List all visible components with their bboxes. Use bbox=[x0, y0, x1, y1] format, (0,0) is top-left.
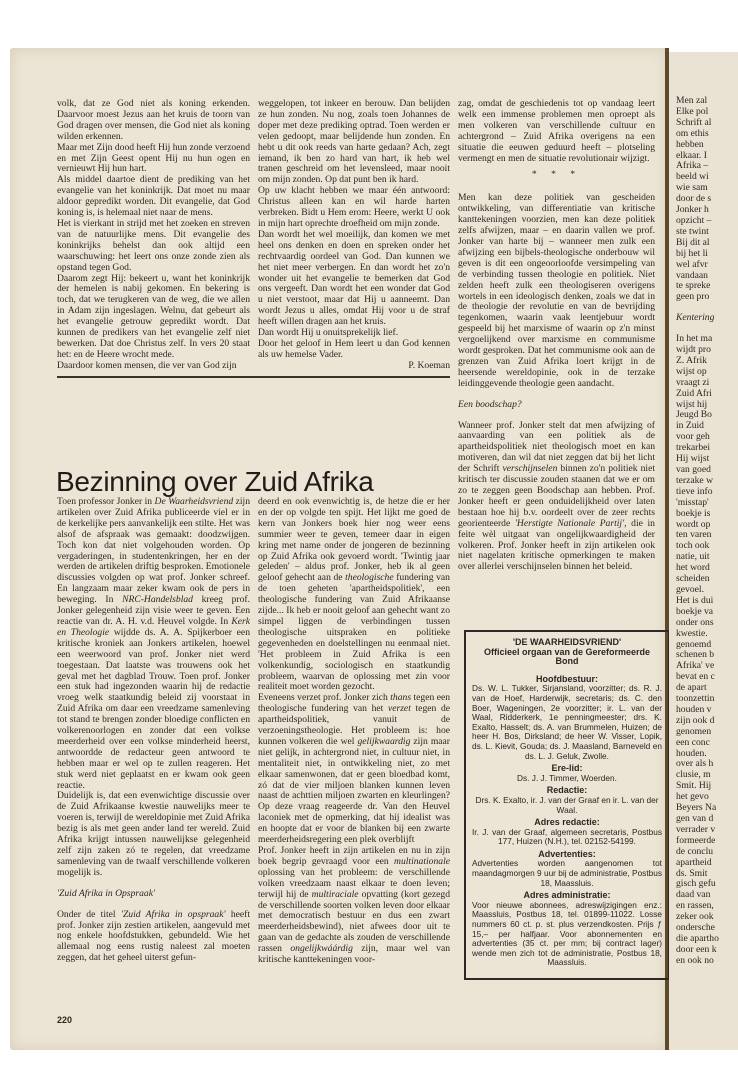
next-page-fragment: Men zalElke polSchrift alom ethishebbene… bbox=[669, 52, 738, 1050]
paragraph: Als middel daartoe dient de prediking va… bbox=[57, 175, 250, 219]
text-line: geen pro bbox=[676, 292, 738, 303]
subheading: Een boodschap? bbox=[458, 400, 655, 411]
paragraph: Het is vierkant in strijd met het zoeken… bbox=[57, 219, 250, 274]
paragraph: Dan wordt het wel moeilijk, dan komen we… bbox=[258, 230, 450, 328]
paragraph: Duidelijk is, dat een evenwichtige discu… bbox=[57, 791, 250, 878]
next-page-text: Men zalElke polSchrift alom ethishebbene… bbox=[676, 96, 738, 967]
paragraph: Op uw klacht hebben we maar één antwoord… bbox=[258, 186, 450, 230]
author-signature: P. Koeman bbox=[258, 361, 450, 372]
text-line: wel afvr bbox=[676, 260, 738, 271]
paragraph: deerd en ook evenwichtig is, de hetze di… bbox=[258, 497, 450, 693]
text-line: een conc bbox=[676, 738, 738, 749]
article-column-2: deerd en ook evenwichtig is, de hetze di… bbox=[258, 497, 450, 966]
text-line: kwestie. bbox=[676, 629, 738, 640]
colophon-text: Advertenties worden aangenomen tot maand… bbox=[472, 859, 662, 888]
paragraph: Daardoor komen mensen, die ver van God z… bbox=[57, 361, 250, 372]
paragraph: Men kan deze politiek van gescheiden ont… bbox=[458, 193, 655, 389]
text-line: en ook no bbox=[676, 956, 738, 967]
paragraph: weggelopen, tot inkeer en berouw. Dan be… bbox=[258, 99, 450, 186]
top-article-column-1: volk, dat ze God niet als koning erkende… bbox=[57, 99, 250, 372]
page-number: 220 bbox=[57, 1015, 72, 1025]
colophon-text: Voor nieuwe abonnees, adreswijzigingen e… bbox=[472, 901, 662, 968]
text-line: apartheid bbox=[676, 858, 738, 869]
colophon-text: Drs. K. Exalto, ir. J. van der Graaf en … bbox=[472, 796, 662, 815]
subheading: Kentering bbox=[676, 313, 738, 324]
text-line: Zuid Afri bbox=[676, 389, 738, 400]
subheading: 'Zuid Afrika in Opspraak' bbox=[57, 889, 250, 900]
text-line: onder ons bbox=[676, 618, 738, 629]
text-line: bij het li bbox=[676, 249, 738, 260]
text-line: de conclu bbox=[676, 847, 738, 858]
text-line: boekje is bbox=[676, 509, 738, 520]
colophon-text: Ds. W. L. Tukker, Sirjansland, voorzitte… bbox=[472, 684, 662, 761]
right-column: zag, omdat de geschiedenis tot op vandaa… bbox=[458, 99, 655, 573]
top-article-column-2: weggelopen, tot inkeer en berouw. Dan be… bbox=[258, 99, 450, 372]
publication-subtitle: Officieel orgaan van de Gereformeerde Bo… bbox=[472, 648, 662, 667]
paragraph: Door het geloof in Hem leert u dan God k… bbox=[258, 339, 450, 361]
colophon-box: 'DE WAARHEIDSVRIEND' Officieel orgaan va… bbox=[464, 630, 670, 980]
colophon-text: Ds. J. J. Timmer, Woerden. bbox=[472, 774, 662, 784]
paragraph: Prof. Jonker heeft in zijn artikelen en … bbox=[258, 846, 450, 966]
paragraph: Toen professor Jonker in De Waarheidsvri… bbox=[57, 497, 250, 791]
article-divider bbox=[57, 376, 450, 378]
paragraph: Maar met Zijn dood heeft Hij hun zonde v… bbox=[57, 143, 250, 176]
colophon-text: Ir. J. van der Graaf, algemeen secretari… bbox=[472, 828, 662, 847]
text-line: om ethis bbox=[676, 129, 738, 140]
paragraph: volk, dat ze God niet als koning erkende… bbox=[57, 99, 250, 143]
paragraph: Onder de titel 'Zuid Afrika in opspraak'… bbox=[57, 910, 250, 965]
masthead: 'DE WAARHEIDSVRIEND' Officieel orgaan va… bbox=[472, 638, 662, 667]
text-line: hebben bbox=[676, 140, 738, 151]
section-separator: * * * bbox=[458, 170, 655, 181]
paragraph: Wanneer prof. Jonker stelt dat men afwij… bbox=[458, 421, 655, 574]
text-line: 'misstap' bbox=[676, 498, 738, 509]
article-column-1: Toen professor Jonker in De Waarheidsvri… bbox=[57, 497, 250, 964]
paragraph: zag, omdat de geschiedenis tot op vandaa… bbox=[458, 99, 655, 164]
paragraph: Daarom zegt Hij: bekeert u, want het kon… bbox=[57, 274, 250, 361]
article-headline: Bezinning over Zuid Afrika bbox=[56, 466, 373, 498]
paragraph: Eveneens verzet prof. Jonker zich thans … bbox=[258, 693, 450, 846]
